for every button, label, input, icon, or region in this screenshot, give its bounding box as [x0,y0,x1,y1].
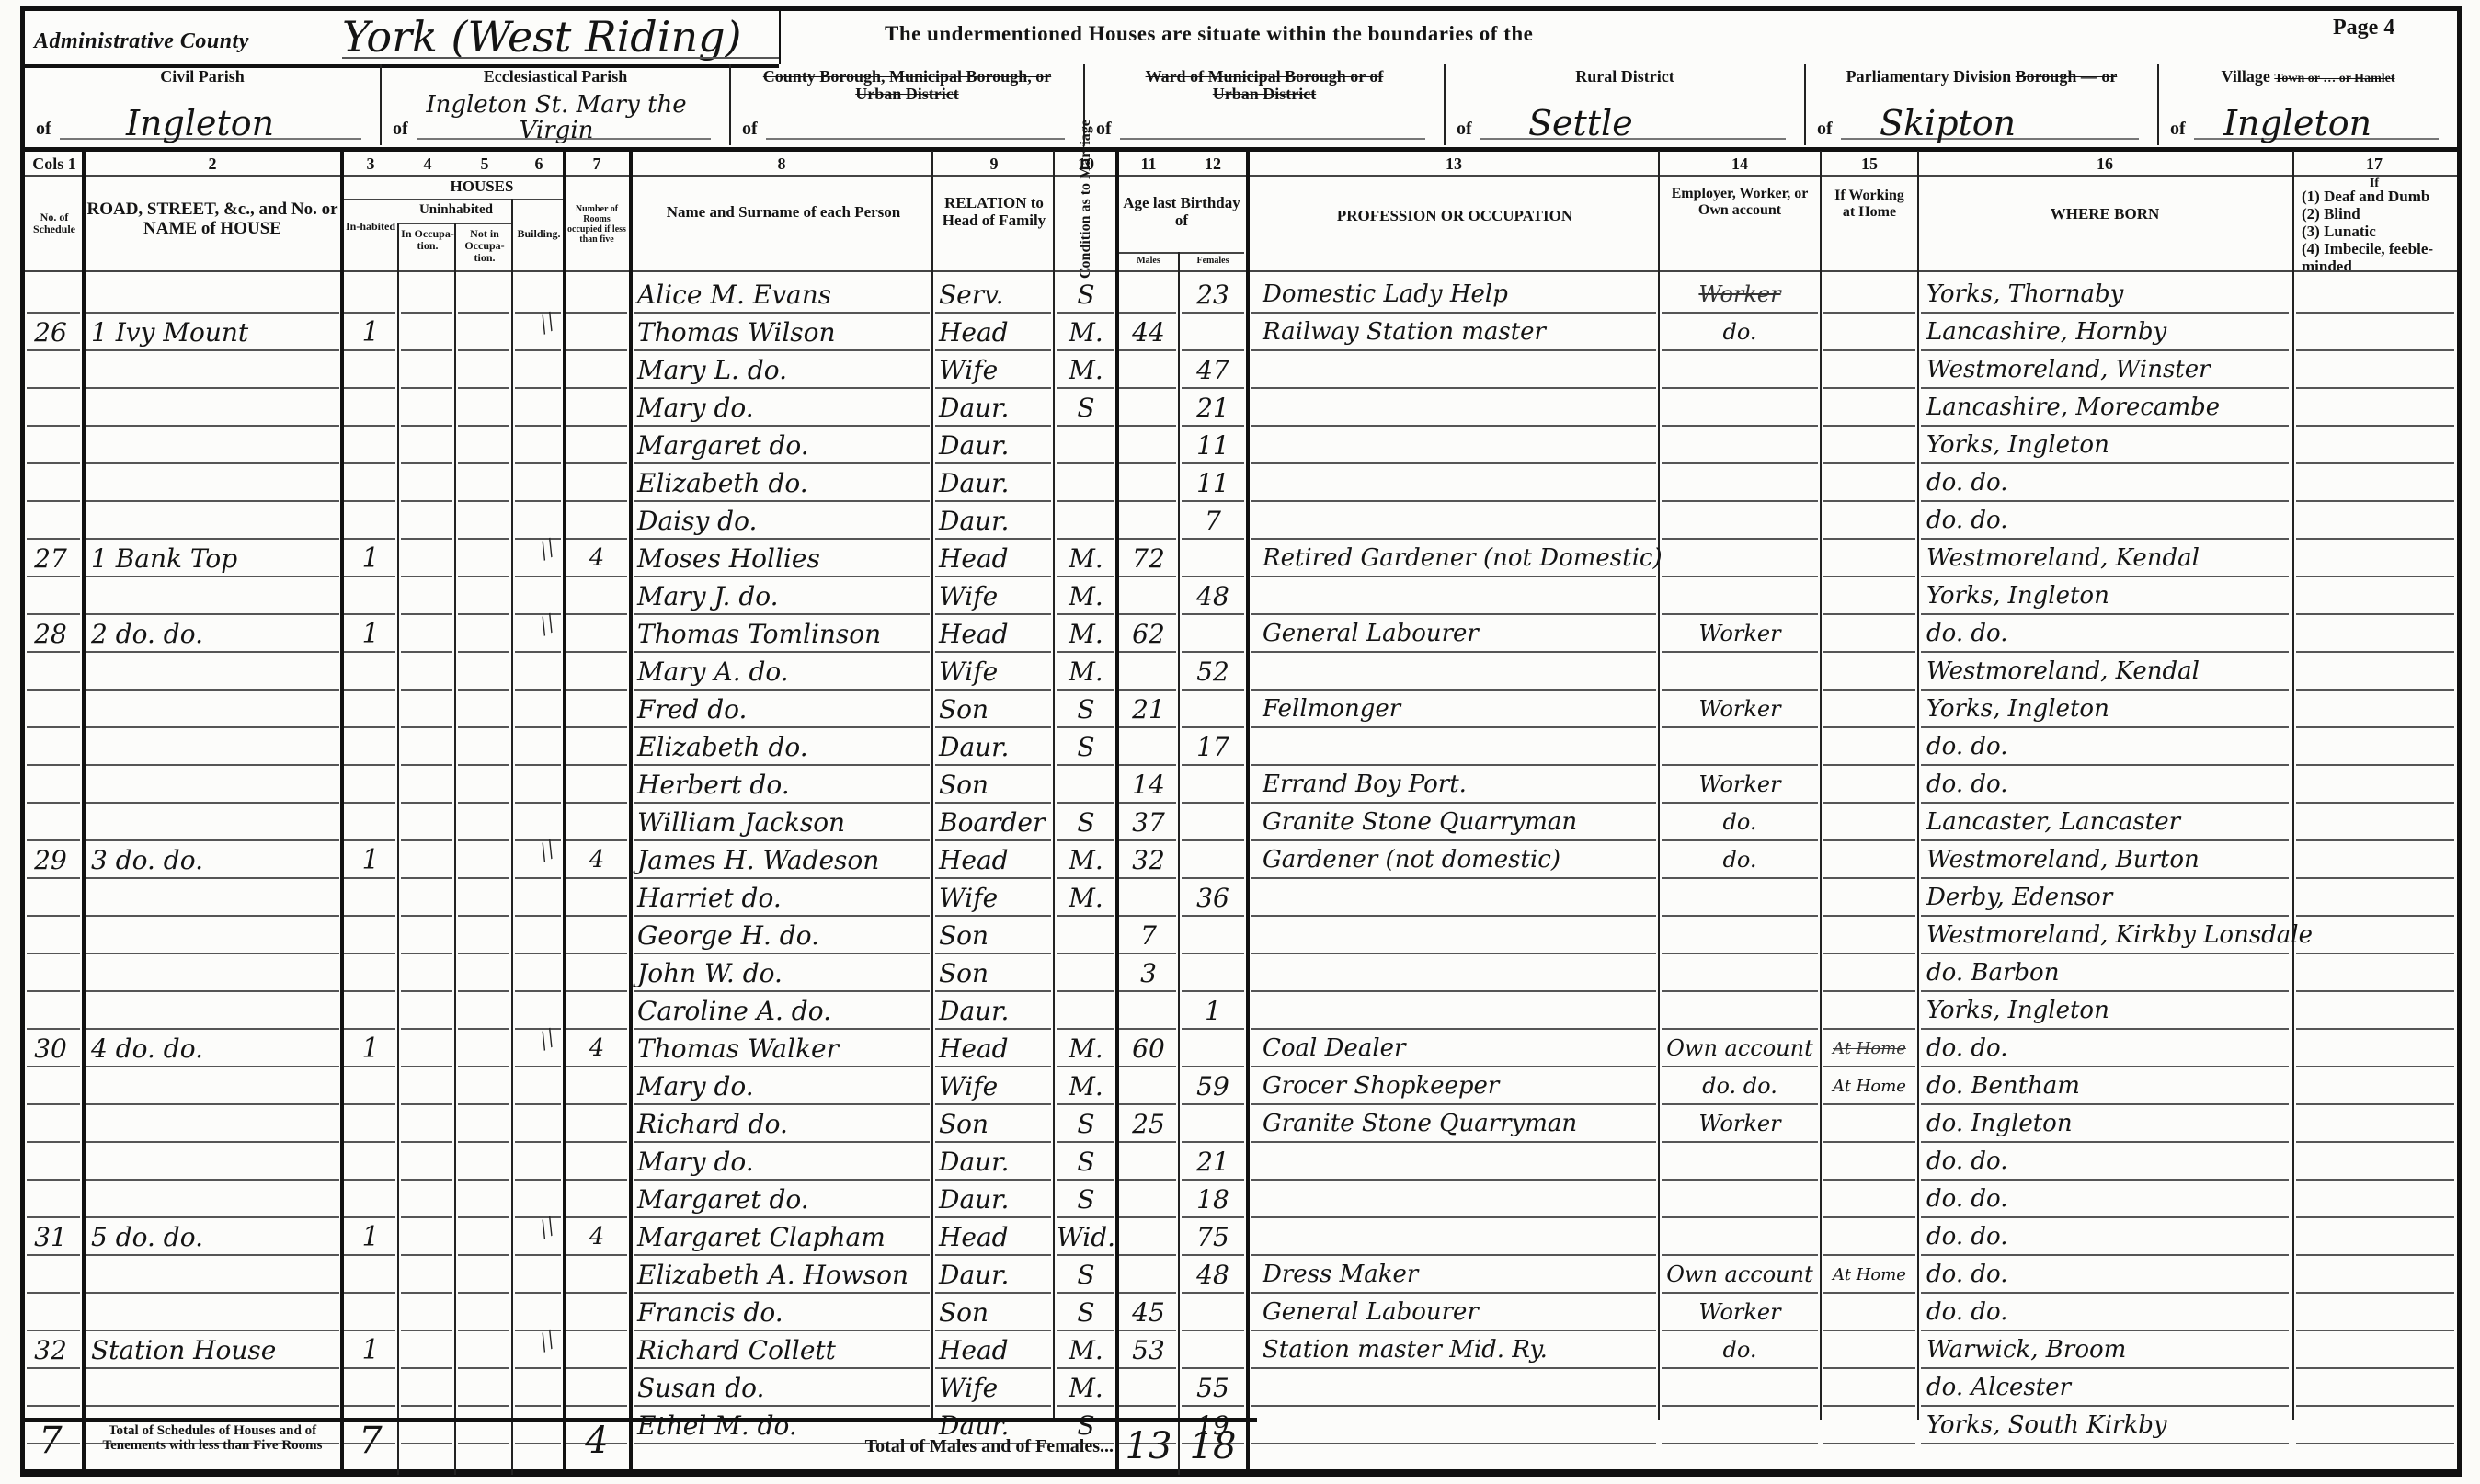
table-row: Mary do.WifeM.59Grocer Shopkeeperdo. do.… [25,1067,2457,1105]
female-age: 59 [1182,1067,1244,1105]
birthplace: Westmoreland, Kendal [1921,653,2294,691]
area-label-struck: Ward of Municipal Borough or of Urban Di… [1085,64,1444,103]
occupation: Domestic Lady Help [1251,276,1667,314]
employment-status: do. [1662,314,1818,351]
header-males: Males [1119,256,1178,266]
occupation: General Labourer [1251,1294,1667,1331]
marital-condition: S [1057,1105,1115,1143]
rooms-occupied [565,954,629,992]
employment-status [1662,1218,1818,1256]
area-label-struck: County Borough, Municipal Borough, or Ur… [731,64,1083,103]
person-name: Thomas Walker [634,1030,933,1067]
female-age: 7 [1182,502,1244,540]
table-row: Elizabeth A. HowsonDaur.S48Dress MakerOw… [25,1256,2457,1294]
schedule-number [27,917,74,954]
employment-status [1662,427,1818,464]
working-at-home [1823,954,1915,992]
schedule-number [27,1256,74,1294]
working-at-home [1823,276,1915,314]
male-age [1119,992,1178,1030]
relation-to-head: Son [935,917,1057,954]
employment-status [1662,389,1818,427]
rooms-occupied [565,427,629,464]
occupation: Errand Boy Port. [1251,766,1667,804]
male-age [1119,389,1178,427]
occupation: Coal Dealer [1251,1030,1667,1067]
house-address [84,502,349,540]
table-row: Mary do.Daur.S21do. do. [25,1143,2457,1181]
schedule-number [27,728,74,766]
area-parliamentary-division: Parliamentary Division Borough — or of S… [1806,64,2159,145]
schedule-number: 27 [27,540,74,577]
female-age: 21 [1182,1143,1244,1181]
area-of: of [1096,119,1112,140]
house-address [84,1369,349,1407]
rooms-occupied [565,1331,629,1369]
person-name: Francis do. [634,1294,933,1331]
rooms-occupied [565,1143,629,1181]
marital-condition [1057,766,1115,804]
person-name: Richard do. [634,1105,933,1143]
col-num: 2 [84,154,341,174]
birthplace: do. do. [1921,1143,2294,1181]
person-name: Elizabeth A. Howson [634,1256,933,1294]
male-age [1119,1143,1178,1181]
col-num: 9 [935,154,1053,174]
relation-to-head: Daur. [935,992,1057,1030]
house-address [84,691,349,728]
table-row: Mary do.Daur.S21Lancashire, Morecambe [25,389,2457,427]
occupation [1251,1218,1667,1256]
male-age [1119,276,1178,314]
relation-to-head: Son [935,954,1057,992]
header-employer: Employer, Worker, or Own account [1663,186,1816,218]
col-num: 5 [456,154,513,174]
birthplace: Yorks, Ingleton [1921,427,2294,464]
rooms-occupied [565,577,629,615]
schedule-number [27,577,74,615]
area-of: of [36,119,51,140]
person-name: James H. Wadeson [634,841,933,879]
marital-condition: M. [1057,577,1115,615]
marital-condition: M. [1057,615,1115,653]
working-at-home [1823,992,1915,1030]
male-age: 7 [1119,917,1178,954]
total-rooms: 4 [565,1420,629,1462]
rooms-occupied [565,653,629,691]
table-row: Richard do.SonS25Granite Stone Quarryman… [25,1105,2457,1143]
female-age [1182,954,1244,992]
person-name: George H. do. [634,917,933,954]
female-age [1182,314,1244,351]
male-age [1119,1067,1178,1105]
working-at-home [1823,1181,1915,1218]
header-condition: Condition as to Marriage [1079,187,1093,279]
header-inhabited: In-habited [344,221,397,233]
inhabited-count [342,992,399,1030]
person-name: Richard Collett [634,1331,933,1369]
marital-condition: S [1057,1256,1115,1294]
rooms-occupied [565,1181,629,1218]
relation-to-head: Son [935,691,1057,728]
age-rule [1119,252,1244,254]
male-age: 53 [1119,1331,1178,1369]
house-address [84,766,349,804]
inhabited-count [342,804,399,841]
table-row: Elizabeth do.Daur.11do. do. [25,464,2457,502]
relation-to-head: Head [935,841,1057,879]
occupation: Dress Maker [1251,1256,1667,1294]
relation-to-head: Daur. [935,389,1057,427]
header-not-in-occupation: Not in Occupa-tion. [458,228,511,265]
birthplace: do. Barbon [1921,954,2294,992]
inhabited-count [342,389,399,427]
female-age [1182,1105,1244,1143]
working-at-home [1823,577,1915,615]
schedule-number [27,879,74,917]
birthplace: Derby, Edensor [1921,879,2294,917]
male-age [1119,1218,1178,1256]
occupation [1251,954,1667,992]
marital-condition [1057,954,1115,992]
inhabited-count [342,1181,399,1218]
table-row: 304 do. do.14Thomas WalkerHeadM.60Coal D… [25,1030,2457,1067]
female-age [1182,804,1244,841]
schedule-number: 28 [27,615,74,653]
rooms-occupied: 4 [565,841,629,879]
rooms-occupied [565,1067,629,1105]
person-name: Alice M. Evans [634,276,933,314]
schedule-number [27,804,74,841]
relation-to-head: Wife [935,1369,1057,1407]
person-name: Mary do. [634,1067,933,1105]
rooms-occupied [565,351,629,389]
area-of: of [1817,119,1833,140]
header-females: Females [1182,256,1244,266]
houses-rule [342,199,565,200]
table-row: John W. do.Son3do. Barbon [25,954,2457,992]
employment-status [1662,1181,1818,1218]
admin-county-underline [342,57,779,59]
col-num: Cols 1 [27,154,82,174]
rooms-occupied [565,766,629,804]
header-uninhabited: Uninhabited [399,202,513,218]
house-address [84,653,349,691]
male-age: 37 [1119,804,1178,841]
working-at-home [1823,1143,1915,1181]
employment-status [1662,917,1818,954]
inhabited-count [342,1369,399,1407]
area-rural-district: Rural District of Settle [1446,64,1806,145]
occupation: Railway Station master [1251,314,1667,351]
rooms-occupied [565,615,629,653]
female-age [1182,691,1244,728]
employment-status [1662,351,1818,389]
house-address [84,577,349,615]
table-row: Elizabeth do.Daur.S17do. do. [25,728,2457,766]
title-strip: Administrative County York (West Riding)… [25,11,2457,66]
area-value: Settle [1528,105,1633,142]
col-num: 17 [2296,154,2452,174]
person-name: Elizabeth do. [634,464,933,502]
house-address [84,917,349,954]
rooms-occupied [565,992,629,1030]
inhabited-count [342,464,399,502]
employment-status: do. do. [1662,1067,1818,1105]
male-age [1119,728,1178,766]
admin-county-label: Administrative County [34,29,249,54]
area-fill-line [1480,138,1786,140]
occupation: General Labourer [1251,615,1667,653]
birthplace: do. Ingleton [1921,1105,2294,1143]
female-age: 75 [1182,1218,1244,1256]
male-age [1119,464,1178,502]
table-row: George H. do.Son7Westmoreland, Kirkby Lo… [25,917,2457,954]
working-at-home [1823,1369,1915,1407]
marital-condition [1057,992,1115,1030]
rooms-occupied [565,314,629,351]
area-of: of [2170,119,2186,140]
person-name: Mary J. do. [634,577,933,615]
rooms-occupied [565,1105,629,1143]
area-county-borough: County Borough, Municipal Borough, or Ur… [731,64,1085,145]
birthplace: do. do. [1921,766,2294,804]
female-age [1182,917,1244,954]
person-name: John W. do. [634,954,933,992]
inhabited-count: 1 [342,841,399,879]
female-age: 1 [1182,992,1244,1030]
relation-to-head: Daur. [935,427,1057,464]
header-disability: (1) Deaf and Dumb (2) Blind (3) Lunatic … [2302,188,2457,275]
birthplace: do. Alcester [1921,1369,2294,1407]
schedule-number [27,992,74,1030]
marital-condition: S [1057,728,1115,766]
inhabited-count [342,954,399,992]
female-age: 52 [1182,653,1244,691]
occupation [1251,464,1667,502]
marital-condition: M. [1057,1067,1115,1105]
area-of: of [1457,119,1472,140]
inhabited-count [342,1105,399,1143]
boundaries-intro-text: The undermentioned Houses are situate wi… [885,22,1533,46]
inhabited-count [342,276,399,314]
person-name: Thomas Tomlinson [634,615,933,653]
col-num: 4 [399,154,456,174]
marital-condition: M. [1057,653,1115,691]
female-age: 11 [1182,427,1244,464]
schedule-number [27,427,74,464]
relation-to-head: Serv. [935,276,1057,314]
birthplace: Yorks, Ingleton [1921,691,2294,728]
marital-condition: S [1057,276,1115,314]
schedule-number [27,389,74,427]
house-address [84,954,349,992]
birthplace: do. do. [1921,615,2294,653]
employment-status [1662,577,1818,615]
marital-condition [1057,917,1115,954]
area-boundaries-row: Civil Parish of Ingleton Ecclesiastical … [25,64,2457,149]
house-address [84,389,349,427]
occupation [1251,427,1667,464]
female-age: 23 [1182,276,1244,314]
schedule-number [27,1105,74,1143]
rooms-occupied [565,691,629,728]
house-address [84,804,349,841]
area-value: Skipton [1880,105,2016,142]
female-age: 21 [1182,389,1244,427]
occupation [1251,577,1667,615]
marital-condition: S [1057,691,1115,728]
header-rule-bottom [25,270,2457,272]
inhabited-count: 1 [342,615,399,653]
birthplace: Westmoreland, Kirkby Lonsdale [1921,917,2294,954]
birthplace: Yorks, Ingleton [1921,992,2294,1030]
relation-to-head: Son [935,766,1057,804]
area-village: Village Town or … or Hamlet of Ingleton [2159,64,2457,145]
inhabited-count [342,766,399,804]
inhabited-count [342,577,399,615]
person-name: Margaret do. [634,1181,933,1218]
area-value: Ingleton [2223,105,2371,142]
inhabited-count: 1 [342,314,399,351]
person-name: Caroline A. do. [634,992,933,1030]
male-age: 14 [1119,766,1178,804]
working-at-home [1823,502,1915,540]
header-address: ROAD, STREET, &c., and No. or NAME of HO… [86,200,339,239]
marital-condition: Wid. [1057,1218,1115,1256]
birthplace: Westmoreland, Winster [1921,351,2294,389]
marital-condition: M. [1057,540,1115,577]
inhabited-count [342,1256,399,1294]
table-row: Alice M. EvansServ.S23Domestic Lady Help… [25,276,2457,314]
birthplace: Yorks, Ingleton [1921,577,2294,615]
admin-county-value: York (West Riding) [342,13,741,61]
female-age: 48 [1182,1256,1244,1294]
header-houses: HOUSES [399,178,565,196]
occupation: Retired Gardener (not Domestic) [1251,540,1667,577]
inhabited-count [342,502,399,540]
marital-condition: M. [1057,879,1115,917]
working-at-home [1823,540,1915,577]
header-building: Building. [515,228,563,240]
schedule-number [27,464,74,502]
rooms-occupied [565,917,629,954]
female-age [1182,841,1244,879]
house-address [84,879,349,917]
working-at-home [1823,804,1915,841]
area-ward: Ward of Municipal Borough or of Urban Di… [1085,64,1446,145]
birthplace: do. do. [1921,1294,2294,1331]
working-at-home [1823,351,1915,389]
house-address [84,728,349,766]
marital-condition: S [1057,1181,1115,1218]
table-row: Susan do.WifeM.55do. Alcester [25,1369,2457,1407]
relation-to-head: Daur. [935,1256,1057,1294]
house-address [84,1294,349,1331]
total-schedules-label: Total of Schedules of Houses and of Tene… [93,1423,332,1453]
inhabited-count [342,728,399,766]
birthplace: do. do. [1921,464,2294,502]
col-num: 7 [565,154,629,174]
employment-status: Worker [1662,766,1818,804]
working-at-home [1823,427,1915,464]
male-age: 44 [1119,314,1178,351]
male-age [1119,879,1178,917]
female-age: 55 [1182,1369,1244,1407]
table-row: Fred do.SonS21FellmongerWorkerYorks, Ing… [25,691,2457,728]
house-address [84,1181,349,1218]
header-relation: RELATION to Head of Family [937,195,1051,229]
marital-condition: M. [1057,841,1115,879]
total-females: 18 [1182,1425,1244,1467]
table-row: Harriet do.WifeM.36Derby, Edensor [25,879,2457,917]
uninhabited-rule [399,223,513,224]
female-age: 36 [1182,879,1244,917]
house-address [84,427,349,464]
table-row: Margaret do.Daur.S18do. do. [25,1181,2457,1218]
person-name: Herbert do. [634,766,933,804]
marital-condition [1057,502,1115,540]
house-address [84,992,349,1030]
female-age [1182,1030,1244,1067]
inhabited-count: 1 [342,1030,399,1067]
house-address: 1 Bank Top [84,540,349,577]
male-age [1119,502,1178,540]
relation-to-head: Head [935,1218,1057,1256]
relation-to-head: Head [935,540,1057,577]
employment-status [1662,879,1818,917]
male-age [1119,577,1178,615]
header-at-home: If Working at Home [1827,188,1912,220]
female-age: 47 [1182,351,1244,389]
schedule-number [27,653,74,691]
table-row: 315 do. do.14Margaret ClaphamHeadWid.75d… [25,1218,2457,1256]
birthplace: Lancaster, Lancaster [1921,804,2294,841]
working-at-home [1823,653,1915,691]
column-number-strip: Cols 1 2 3 4 5 6 7 8 9 10 11 12 13 14 15… [25,151,2457,177]
occupation [1251,917,1667,954]
relation-to-head: Daur. [935,728,1057,766]
schedule-number: 30 [27,1030,74,1067]
occupation [1251,502,1667,540]
birthplace: do. do. [1921,1181,2294,1218]
schedule-number: 31 [27,1218,74,1256]
person-name: Susan do. [634,1369,933,1407]
working-at-home [1823,1218,1915,1256]
relation-to-head: Daur. [935,502,1057,540]
birthplace: Lancashire, Hornby [1921,314,2294,351]
person-name: Mary L. do. [634,351,933,389]
rooms-occupied [565,1294,629,1331]
employment-status [1662,502,1818,540]
rooms-occupied: 4 [565,540,629,577]
employment-status [1662,728,1818,766]
col-num: 16 [1921,154,2289,174]
working-at-home: At Home [1823,1030,1915,1067]
working-at-home [1823,691,1915,728]
rooms-occupied [565,1256,629,1294]
total-inhabited: 7 [342,1420,399,1462]
female-age [1182,1331,1244,1369]
inhabited-count [342,691,399,728]
person-name: William Jackson [634,804,933,841]
schedule-number [27,1181,74,1218]
inhabited-count [342,1294,399,1331]
relation-to-head: Wife [935,577,1057,615]
female-age [1182,766,1244,804]
table-row: William JacksonBoarderS37Granite Stone Q… [25,804,2457,841]
birthplace: do. do. [1921,1030,2294,1067]
